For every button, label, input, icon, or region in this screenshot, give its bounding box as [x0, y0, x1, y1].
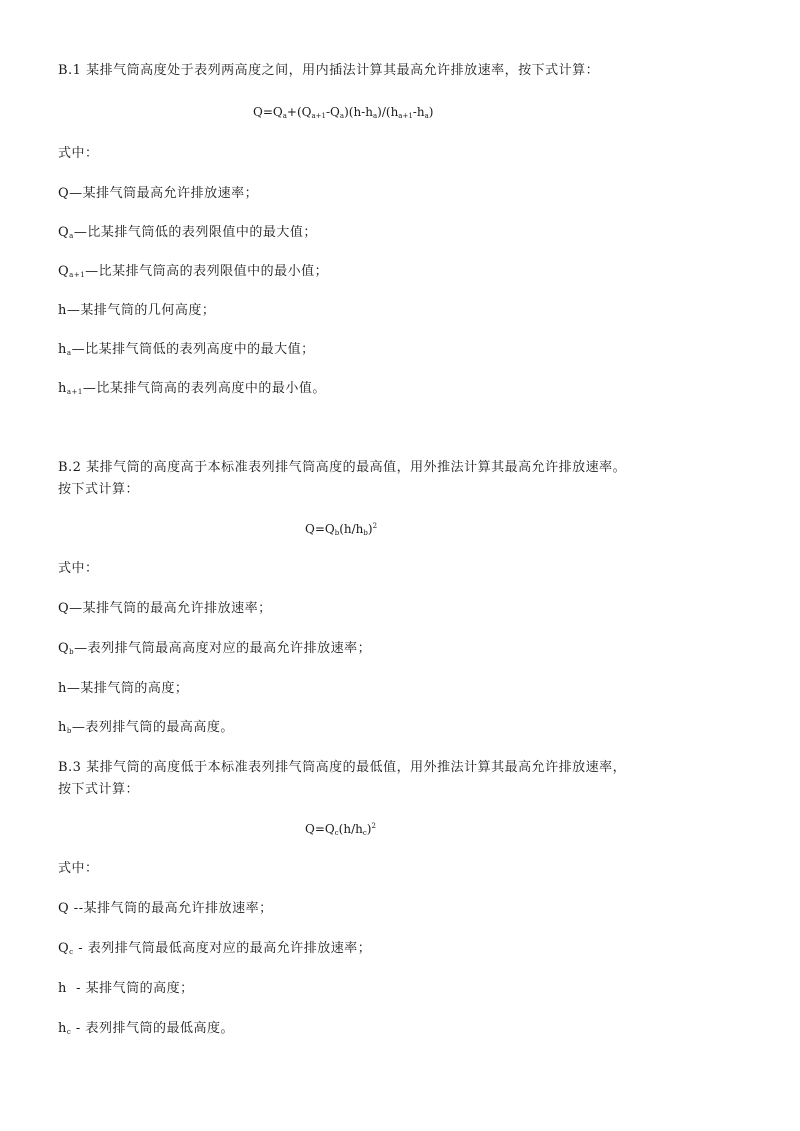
section-b2-heading-line2: 按下式计算： [58, 482, 139, 498]
definition-text: —表列排气筒的最高高度。 [72, 720, 234, 735]
section-b1-heading: B.1 某排气筒高度处于表列两高度之间，用内插法计算其最高允许排放速率，按下式计… [58, 63, 599, 79]
definition-b2-h: h—某排气筒的高度； [58, 681, 188, 697]
formula-sub: a+1 [312, 112, 327, 120]
definition-b1-qa: Qa—比某排气筒低的表列限值中的最大值； [58, 225, 317, 241]
formula-exponent: 2 [373, 522, 377, 530]
symbol: Q [58, 264, 69, 279]
symbol: h [58, 1021, 67, 1036]
symbol: Q [58, 601, 69, 616]
definition-text: —表列排气筒最高高度对应的最高允许排放速率； [74, 641, 371, 656]
symbol: h [58, 303, 67, 318]
formula-text: (h/h [339, 522, 363, 536]
definition-text: —比某排气筒高的表列限值中的最小值； [85, 264, 328, 279]
section-b3-heading-line1: B.3 某排气筒的高度低于本标准表列排气筒高度的最低值，用外推法计算其最高允许排… [58, 760, 626, 776]
definition-text: —比某排气筒低的表列高度中的最大值； [72, 342, 315, 357]
definition-text: —某排气筒的最高允许排放速率； [69, 601, 272, 616]
formula-text: -Q [326, 105, 340, 119]
symbol: Q [58, 225, 69, 240]
symbol: Q [58, 901, 69, 916]
definition-text: —某排气筒的几何高度； [67, 303, 216, 318]
symbol: h [58, 381, 67, 396]
where-label-b3: 式中： [58, 861, 99, 877]
symbol: h [58, 981, 67, 996]
definition-text: - 表列排气筒的最低高度。 [71, 1021, 234, 1036]
formula-b1: Q=Qa+(Qa+1-Qa)(h-ha)/(ha+1-ha) [253, 104, 433, 120]
formula-text: )/(h [377, 105, 398, 119]
definition-b2-qb: Qb—表列排气筒最高高度对应的最高允许排放速率； [58, 641, 371, 657]
formula-text: +(Q [287, 105, 312, 119]
formula-text: Q=Q [305, 522, 335, 536]
definition-b2-q: Q—某排气筒的最高允许排放速率； [58, 601, 272, 617]
symbol: h [58, 681, 67, 696]
definition-b1-h: h—某排气筒的几何高度； [58, 303, 215, 319]
symbol: Q [58, 186, 69, 201]
definition-text: - 某排气筒的高度； [67, 981, 194, 996]
definition-text: --某排气筒的最高允许排放速率； [69, 901, 272, 916]
definition-text: —某排气筒最高允许排放速率； [69, 186, 258, 201]
where-label-b1: 式中： [58, 146, 99, 162]
formula-exponent: 2 [371, 822, 375, 830]
formula-text: (h/h [339, 822, 363, 836]
definition-text: —某排气筒的高度； [67, 681, 189, 696]
symbol-sub: a+1 [69, 271, 85, 279]
formula-text: ) [429, 105, 434, 119]
symbol: h [58, 720, 67, 735]
definition-b2-hb: hb—表列排气筒的最高高度。 [58, 720, 234, 736]
definition-b1-ha: ha—比某排气筒低的表列高度中的最大值； [58, 342, 315, 358]
definition-text: - 表列排气筒最低高度对应的最高允许排放速率； [74, 941, 372, 956]
definition-b1-ha1: ha+1—比某排气筒高的表列高度中的最小值。 [58, 381, 326, 397]
formula-b3: Q=Qc(h/hc)2 [305, 821, 376, 837]
where-label-b2: 式中： [58, 561, 99, 577]
section-b2-heading-line1: B.2 某排气筒的高度高于本标准表列排气筒高度的最高值，用外推法计算其最高允许排… [58, 460, 626, 476]
definition-b3-hc: hc - 表列排气筒的最低高度。 [58, 1021, 234, 1037]
formula-b2: Q=Qb(h/hb)2 [305, 521, 377, 537]
formula-text: Q=Q [253, 105, 283, 119]
formula-text: )(h-h [344, 105, 373, 119]
formula-text: -h [413, 105, 425, 119]
definition-b3-qc: Qc - 表列排气筒最低高度对应的最高允许排放速率； [58, 941, 371, 957]
definition-b3-h: h - 某排气筒的高度； [58, 981, 194, 997]
formula-sub: a+1 [398, 112, 413, 120]
definition-b3-q: Q --某排气筒的最高允许排放速率； [58, 901, 273, 917]
symbol: h [58, 342, 67, 357]
definition-text: —比某排气筒低的表列限值中的最大值； [74, 225, 317, 240]
symbol-sub: a+1 [67, 388, 83, 396]
section-b3-heading-line2: 按下式计算： [58, 782, 139, 798]
definition-text: —比某排气筒高的表列高度中的最小值。 [83, 381, 326, 396]
symbol: Q [58, 941, 69, 956]
definition-b1-qa1: Qa+1—比某排气筒高的表列限值中的最小值； [58, 264, 328, 280]
symbol: Q [58, 641, 69, 656]
formula-text: Q=Q [305, 822, 335, 836]
definition-b1-q: Q—某排气筒最高允许排放速率； [58, 186, 258, 202]
